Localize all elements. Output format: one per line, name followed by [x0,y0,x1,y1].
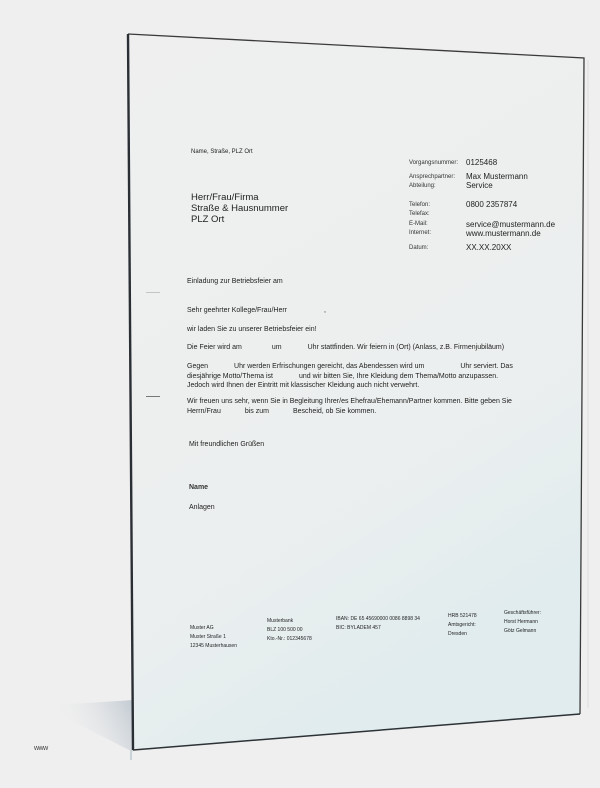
intro-line: wir laden Sie zu unserer Betriebsfeier e… [187,326,317,333]
info-label-website: Internet: [409,230,431,236]
para1-part-c: Uhr stattfinden. Wir feiern in (Ort) (An… [308,344,504,351]
recipient-line-2: Straße & Hausnummer [191,204,288,214]
footer-iban: IBAN: DE 65 45690000 0086 8898 34 BIC: B… [336,615,420,633]
sender-line: Name, Straße, PLZ Ort [191,149,253,155]
fold-mark-top [146,292,160,293]
para3-l2c: Bescheid, ob Sie kommen. [293,408,376,415]
info-value-website: www.mustermann.de [466,230,541,238]
info-value-case-number: 0125468 [466,159,497,167]
page-shadow [55,700,133,752]
info-label-department: Abteilung: [409,183,436,189]
info-value-department: Service [466,182,493,190]
info-label-case-number: Vorgangsnummer: [409,160,458,166]
info-value-email: service@mustermann.de [466,221,555,229]
watermark: www [34,745,48,752]
fold-mark-bottom [146,396,160,397]
salutation-comma: , [324,307,326,314]
para2-l2b: und wir bitten Sie, Ihre Kleidung dem Th… [299,373,498,380]
closing: Mit freundlichen Grüßen [189,441,264,448]
para3-l2b: bis zum [245,408,269,415]
para1-part-a: Die Feier wird am [187,344,242,351]
para2-l2a: diesjährige Motto/Thema ist [187,373,273,380]
para3-l1: Wir freuen uns sehr, wenn Sie in Begleit… [187,397,512,407]
info-value-contact: Max Mustermann [466,173,528,181]
info-label-contact: Ansprechpartner: [409,174,455,180]
footer-bank: Musterbank BLZ 100 500 00 Kto.-Nr.: 0123… [267,617,312,644]
signature-name: Name [189,484,208,491]
document-page [0,0,600,788]
info-label-date: Datum: [409,245,428,251]
para2-l1c: Uhr serviert. Das [460,363,513,370]
para3-l2a: Herrn/Frau [187,408,221,415]
recipient-line-3: PLZ Ort [191,215,224,225]
para1-part-b: um [272,344,282,351]
info-label-email: E-Mail: [409,221,428,227]
footer-register: HRB 521478 Amtsgericht: Dresden [448,612,477,639]
para2-l1a: Gegen [187,363,208,370]
para2-l1b: Uhr werden Erfrischungen gereicht, das A… [234,363,424,370]
attachments: Anlagen [189,504,215,511]
subject-line: Einladung zur Betriebsfeier am [187,278,283,285]
footer-company: Muster AG Muster Straße 1 12345 Musterha… [190,624,237,651]
paragraph-partner: Wir freuen uns sehr, wenn Sie in Begleit… [187,397,512,416]
paragraph-party-details: Die Feier wird amumUhr stattfinden. Wir … [187,343,504,353]
info-label-fax: Telefax: [409,211,430,217]
info-value-phone: 0800 2357874 [466,201,517,209]
info-value-date: XX.XX.20XX [466,244,511,252]
salutation: Sehr geehrter Kollege/Frau/Herr [187,307,287,314]
paragraph-schedule: GegenUhr werden Erfrischungen gereicht, … [187,362,513,391]
recipient-line-1: Herr/Frau/Firma [191,193,259,203]
para2-l3: Jedoch wird Ihnen der Eintritt mit klass… [187,381,513,391]
info-label-phone: Telefon: [409,202,430,208]
footer-management: Geschäftsführer: Horst Hermann Götz Gelm… [504,609,541,636]
